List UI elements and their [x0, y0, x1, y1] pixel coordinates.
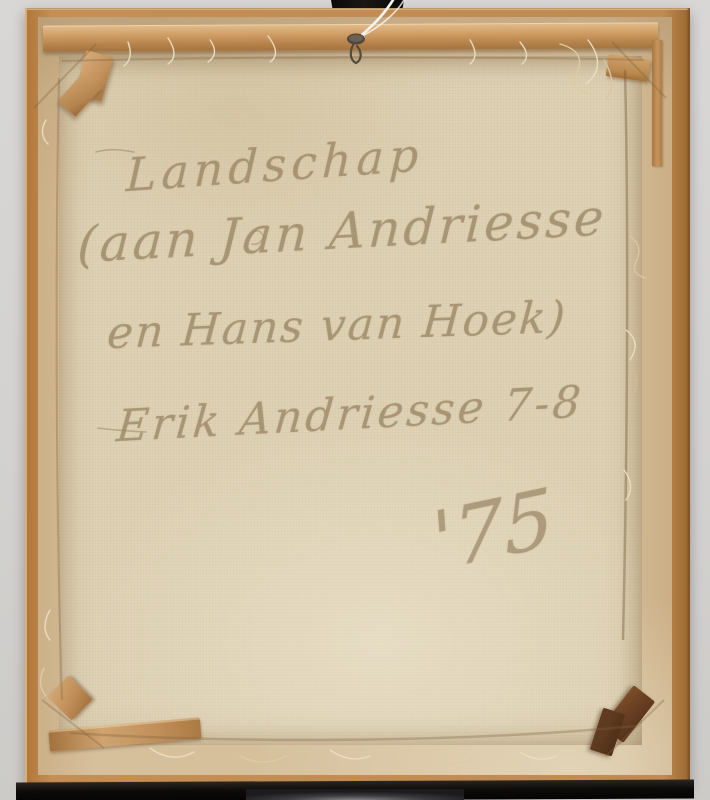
inscription-dedication-line2: en Hans van Hoek) [105, 292, 568, 359]
inscription-signature: Erik Andriesse 7-8 [115, 377, 586, 453]
photo-scene: Landschap (aan Jan Andriesse en Hans van… [0, 0, 710, 800]
inscription-year: '75 [429, 470, 557, 589]
canvas-field: Landschap (aan Jan Andriesse en Hans van… [59, 56, 642, 745]
inscription-title: Landschap [125, 127, 424, 202]
inscription-dedication-line1: (aan Jan Andriesse [76, 188, 608, 274]
stretcher-bar-right-sliver [652, 40, 662, 166]
stretcher-bar-top [43, 22, 658, 51]
painting-verso: Landschap (aan Jan Andriesse en Hans van… [25, 8, 690, 785]
easel-lower-post [246, 789, 464, 800]
